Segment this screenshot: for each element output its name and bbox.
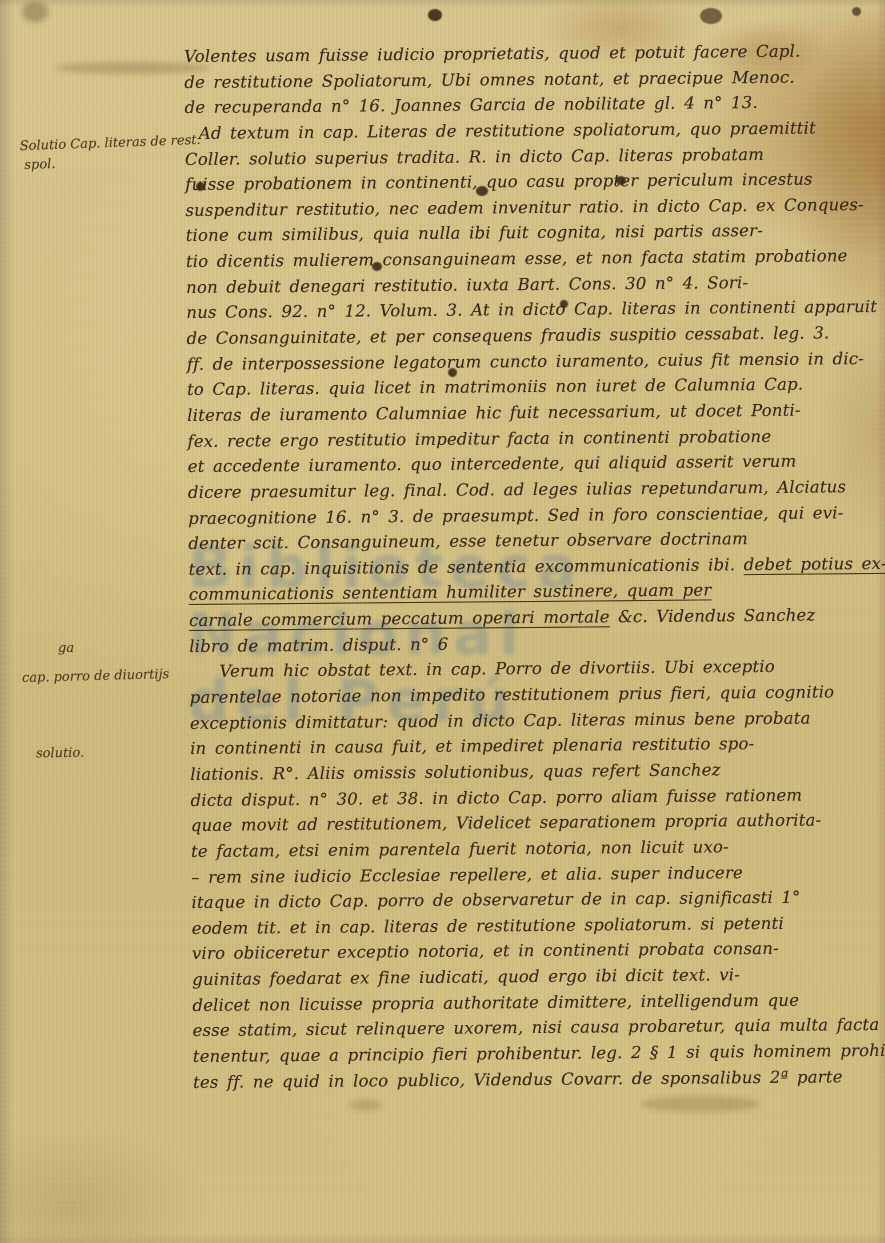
handwritten-text: de restitutione Spoliatorum, Ubi omnes n… (184, 67, 795, 91)
margin-note-text: ga (58, 641, 74, 656)
handwritten-text: non debuit denegari restitutio. iuxta Ba… (186, 273, 748, 297)
handwritten-text: viro obiiceretur exceptio notoria, et in… (192, 939, 779, 963)
ink-blot (428, 9, 442, 21)
handwritten-text: te factam, etsi enim parentela fuerit no… (191, 837, 729, 861)
ink-blot (700, 8, 722, 24)
handwritten-text: de recuperanda n° 16. Joannes Garcia de … (184, 93, 757, 117)
handwritten-text: ff. de interpossessione legatorum cuncto… (187, 349, 864, 374)
handwritten-text: esse statim, sicut relinquere uxorem, ni… (193, 1015, 880, 1040)
handwritten-text: in continenti in causa fuit, et impedire… (190, 734, 754, 758)
margin-note-ga: ga (58, 641, 74, 656)
handwritten-text: eodem tit. et in cap. literas de restitu… (192, 914, 784, 938)
handwritten-text: et accedente iuramento. quo intercedente… (188, 452, 797, 476)
handwritten-text: Coller. solutio superius tradita. R. in … (185, 145, 764, 169)
handwritten-text: libro de matrim. disput. n° 6 (189, 634, 448, 655)
ink-bleedthrough-smudge (640, 1096, 760, 1112)
manuscript-line: tes ff. ne quid in loco publico, Videndu… (193, 1064, 885, 1096)
underlined-passage: debet potius ex- (744, 554, 885, 574)
ink-bleedthrough-smudge (350, 1100, 382, 1110)
handwritten-text: fex. recte ergo restitutio impeditur fac… (187, 427, 771, 451)
margin-note-text: spol. (24, 152, 201, 173)
handwritten-text: literas de iuramento Calumniae hic fuit … (187, 401, 801, 425)
manuscript-page: BibliotecaNacionaldel Perú Solutio Cap. … (0, 0, 885, 1243)
handwritten-text: tes ff. ne quid in loco publico, Videndu… (193, 1067, 843, 1092)
handwritten-text: Ad textum in cap. Literas de restitution… (199, 118, 816, 142)
corner-smudge (22, 2, 48, 22)
margin-note-text: Solutio Cap. literas de rest. (19, 133, 200, 154)
handwritten-text: suspenditur restitutio, nec eadem inveni… (185, 195, 863, 220)
handwritten-text: Verum hic obstat text. in cap. Porro de … (219, 657, 775, 681)
handwritten-text: dicere praesumitur leg. final. Cod. ad l… (188, 477, 846, 502)
handwritten-text: guinitas foedarat ex fine iudicati, quod… (192, 965, 740, 989)
margin-note-cap-porro: cap. porro de diuortijs (22, 667, 170, 686)
handwritten-text: tenentur, quae a principio fieri prohibe… (193, 1041, 885, 1066)
handwritten-text: nus Cons. 92. n° 12. Volum. 3. At in dic… (186, 297, 877, 322)
handwritten-text: liationis. R°. Aliis omissis solutionibu… (190, 760, 720, 784)
handwritten-text: Volentes usam fuisse iudicio proprietati… (184, 42, 801, 66)
handwritten-text: text. in cap. inquisitionis de sententia… (189, 555, 744, 579)
handwritten-text: itaque in dicto Cap. porro de observaret… (191, 888, 800, 912)
handwritten-text: fuisse probationem in continenti, quo ca… (185, 170, 813, 194)
handwritten-text: praecognitione 16. n° 3. de praesumpt. S… (188, 503, 844, 528)
underlined-passage: carnale commercium peccatum operari mort… (189, 607, 610, 630)
handwritten-text: denter scit. Consanguineum, esse tenetur… (188, 529, 748, 553)
margin-note-solutio: solutio. (36, 746, 84, 762)
handwritten-text: &c. Videndus Sanchez (610, 606, 816, 627)
handwritten-text: tione cum similibus, quia nulla ibi fuit… (186, 221, 763, 245)
handwritten-text: exceptionis dimittatur: quod in dicto Ca… (190, 708, 811, 732)
manuscript-text-block: Volentes usam fuisse iudicio proprietati… (184, 38, 885, 1095)
handwritten-text: tio dicentis mulierem consanguineam esse… (186, 246, 848, 271)
handwritten-text: de Consanguinitate, et per consequens fr… (186, 323, 829, 348)
handwritten-text: delicet non licuisse propria authoritate… (192, 990, 799, 1014)
handwritten-text: parentelae notoriae non impedito restitu… (190, 682, 835, 707)
underlined-passage: communicationis sententiam humiliter sus… (189, 581, 712, 605)
margin-note-text: cap. porro de diuortijs (22, 667, 170, 686)
margin-note-text: solutio. (36, 746, 84, 762)
margin-note-solutio-cap-literas: Solutio Cap. literas de rest. spol. (19, 133, 201, 173)
handwritten-text: to Cap. literas. quia licet in matrimoni… (187, 375, 803, 399)
handwritten-text: dicta disput. n° 30. et 38. in dicto Cap… (191, 785, 803, 809)
handwritten-text: – rem sine iudicio Ecclesiae repellere, … (191, 863, 743, 887)
handwritten-text: quae movit ad restitutionem, Videlicet s… (191, 811, 822, 836)
ink-blot (852, 7, 861, 16)
